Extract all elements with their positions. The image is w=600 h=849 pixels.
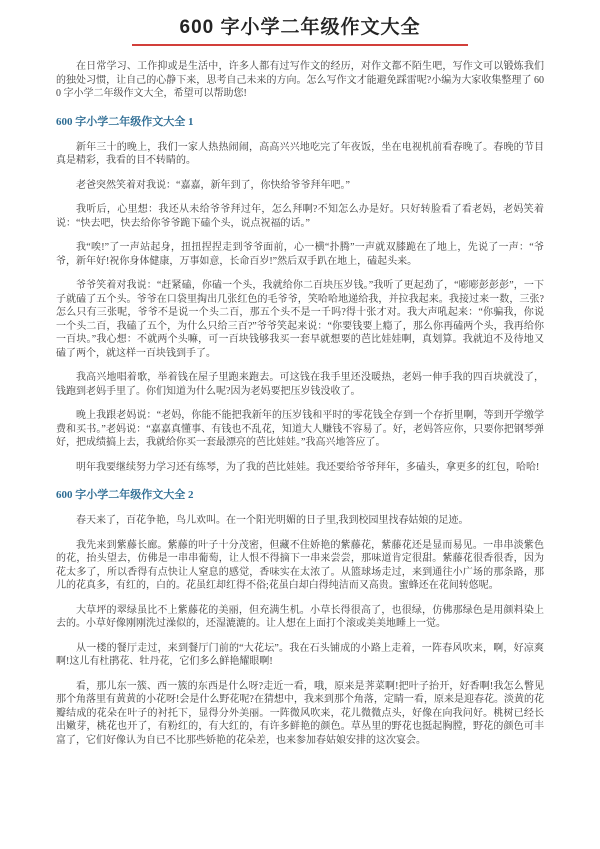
essay-paragraph: 我听后，心里想：我还从未给爷爷拜过年，怎么拜啊?不知怎么办是好。只好转脸看了看老… (56, 203, 544, 230)
essay-paragraph: 晚上我跟老妈说：“老妈，你能不能把我新年的压岁钱和平时的零花钱全存到一个存折里啊… (56, 409, 544, 450)
essay-paragraph: 我“唉!”了一声站起身，扭扭捏捏走到爷爷面前，心一横“扑腾”一声就双膝跪在了地上… (56, 241, 544, 268)
essay-paragraph: 从一楼的餐厅走过，来到餐厅门前的“大花坛”。我在石头铺成的小路上走着，一阵春风吹… (56, 642, 544, 669)
title-red-underline (132, 44, 468, 46)
section-heading: 600 字小学二年级作文大全 2 (56, 488, 544, 502)
page-title: 600 字小学二年级作文大全 (56, 16, 544, 40)
essay-paragraph: 爷爷笑着对我说：“赶紧磕，你磕一个头，我就给你二百块压岁钱。”我听了更起劲了，“… (56, 279, 544, 360)
section-heading: 600 字小学二年级作文大全 1 (56, 115, 544, 129)
essay-paragraph: 明年我要继续努力学习还有练琴，为了我的芭比娃娃。我还要给爷爷拜年，多磕头，拿更多… (56, 461, 544, 475)
essay-paragraph: 我高兴地唱着歌，举着钱在屋子里跑来跑去。可这钱在我手里还没暖热，老妈一伸手我的四… (56, 371, 544, 398)
essay-paragraph: 新年三十的晚上，我们一家人热热闹闹，高高兴兴地吃完了年夜饭，坐在电视机前看春晚了… (56, 141, 544, 168)
essay-paragraph: 春天来了，百花争艳，鸟儿欢叫。在一个阳光明媚的日子里,我到校园里找春姑娘的足迹。 (56, 514, 544, 528)
essay-section-2: 600 字小学二年级作文大全 2 春天来了，百花争艳，鸟儿欢叫。在一个阳光明媚的… (56, 488, 544, 747)
essay-paragraph: 看，那儿东一簇、西一簇的东西是什么呀?走近一看，哦，原来是荠菜啊!把叶子抬开，好… (56, 680, 544, 748)
essay-paragraph: 大草坪的翠绿虽比不上紫藤花的美丽，但充满生机。小草长得很高了，也很绿，仿佛那绿色… (56, 604, 544, 631)
essay-section-1: 600 字小学二年级作文大全 1 新年三十的晚上，我们一家人热热闹闹，高高兴兴地… (56, 115, 544, 475)
intro-paragraph: 在日常学习、工作抑或是生活中，许多人都有过写作文的经历，对作文都不陌生吧，写作文… (56, 60, 544, 101)
essay-paragraph: 老爸突然笑着对我说：“嘉嘉，新年到了，你快给爷爷拜年吧。” (56, 179, 544, 193)
document-page: 600 字小学二年级作文大全 在日常学习、工作抑或是生活中，许多人都有过写作文的… (0, 0, 600, 849)
essay-paragraph: 我先来到紫藤长廊。紫藤的叶子十分茂密，但藏不住娇艳的紫藤花，紫藤花还是显而易见。… (56, 539, 544, 593)
